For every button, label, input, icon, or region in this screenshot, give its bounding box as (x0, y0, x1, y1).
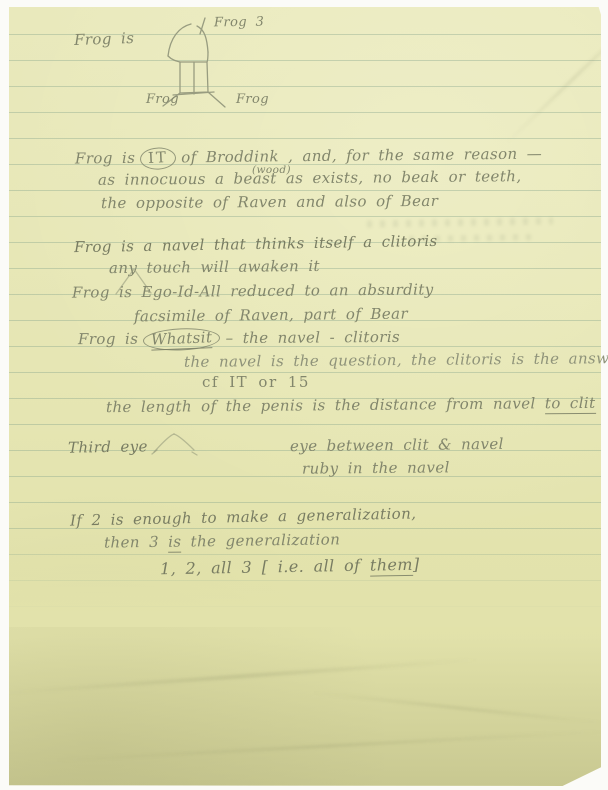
sketch-leg-left-label: Frog (146, 92, 179, 108)
note-text: Whatsit (151, 328, 213, 351)
note-line: Frog isWhatsit– the navel - clitoris (78, 327, 400, 351)
note-line: ruby in the navel (302, 458, 450, 477)
note-text: ] (413, 555, 420, 574)
sketch-caption: Frog is (74, 29, 135, 49)
note-text: IT (148, 148, 169, 167)
note-line: Frog is Ego-Id-All reduced to an absurdi… (72, 280, 434, 301)
sketch-top-label: Frog 3 (214, 15, 264, 31)
note-text: Frog is (78, 330, 138, 348)
note-text: – the navel - clitoris (226, 328, 401, 347)
circled-word: IT (140, 147, 177, 171)
note-line: cf IT or 15 (202, 373, 310, 391)
note-text: then 3 (104, 533, 159, 552)
note-line: then 3 is the generalization (104, 530, 340, 551)
note-text: the generalization (190, 530, 340, 550)
underlined-text: is (168, 533, 182, 553)
note-line: 1, 2, all 3 [ i.e. all of them] (160, 555, 420, 579)
note-text: Frog is (75, 149, 135, 168)
underlined-text: to clit (545, 394, 596, 414)
note-label: Third eye (68, 437, 148, 456)
circled-word: Whatsit (143, 327, 221, 352)
note-line: the opposite of Raven and also of Bear (101, 192, 438, 212)
note-line: the navel is the question, the clitoris … (184, 349, 608, 371)
note-text: of Broddink , and, for the same reason — (181, 145, 542, 167)
sketch-leg-right-label: Frog (236, 92, 269, 108)
note-text: the length of the penis is the distance … (106, 394, 536, 416)
note-line: facsimile of Raven, part of Bear (134, 305, 408, 326)
note-text: 1, 2, all 3 [ i.e. all of (160, 556, 361, 578)
note-line: eye between clit & navel (290, 435, 504, 455)
underlined-text: them (370, 555, 413, 577)
scanned-note-page: Frog is Frog 3 Frog Frog Frog isITof Bro… (0, 0, 608, 790)
note-line: as innocuous a beast as exists, no beak … (98, 167, 522, 189)
third-eye-sketch (148, 430, 200, 456)
bottom-shadow (9, 636, 601, 786)
